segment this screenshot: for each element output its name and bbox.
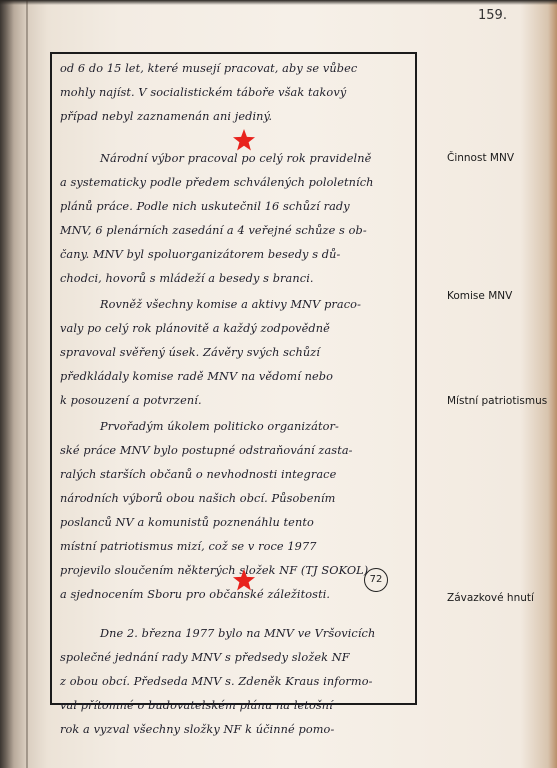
text-line: poslanců NV a komunistů poznenáhlu tento <box>60 516 314 529</box>
text-line: Národní výbor pracoval po celý rok pravi… <box>100 152 371 165</box>
text-line: ralých starších občanů o nevhodnosti int… <box>60 468 336 481</box>
circled-annotation: 72 <box>364 568 388 592</box>
text-line: z obou obcí. Předseda MNV s. Zdeněk Krau… <box>60 675 373 688</box>
text-line: spravoval svěřený úsek. Závěry svých sch… <box>60 346 320 359</box>
text-line: a systematicky podle předem schválených … <box>60 176 374 189</box>
margin-note: Činnost MNV <box>447 152 514 164</box>
text-line: Prvořadým úkolem politicko organizátor- <box>100 420 339 433</box>
text-line: ské práce MNV bylo postupné odstraňování… <box>60 444 353 457</box>
text-line: MNV, 6 plenárních zasedání a 4 veřejné s… <box>60 224 367 237</box>
notebook-page: 159. od 6 do 15 let, které musejí pracov… <box>0 0 557 768</box>
page-top-shadow <box>0 0 557 5</box>
text-line: mohly najíst. V socialistickém táboře vš… <box>60 86 346 99</box>
text-line: projevilo sloučením některých složek NF … <box>60 564 368 577</box>
text-line: případ nebyl zaznamenán ani jediný. <box>60 110 272 123</box>
text-line: od 6 do 15 let, které musejí pracovat, a… <box>60 62 357 75</box>
text-line: rok a vyzval všechny složky NF k účinné … <box>60 723 334 736</box>
text-line: a sjednocením Sboru pro občanské záležit… <box>60 588 330 601</box>
text-line: Rovněž všechny komise a aktivy MNV praco… <box>100 298 361 311</box>
text-line: chodci, hovorů s mládeží a besedy s bran… <box>60 272 314 285</box>
binding-spine <box>26 0 28 768</box>
text-line: valy po celý rok plánovitě a každý zodpo… <box>60 322 330 335</box>
text-line: plánů práce. Podle nich uskutečnil 16 sc… <box>60 200 350 213</box>
margin-note: Místní patriotismus <box>447 395 547 407</box>
margin-note: Závazkové hnutí <box>447 592 534 604</box>
text-line: předkládaly komise radě MNV na vědomí ne… <box>60 370 333 383</box>
margin-note: Komise MNV <box>447 290 512 302</box>
text-line: čany. MNV byl spoluorganizátorem besedy … <box>60 248 340 261</box>
text-line: k posouzení a potvrzení. <box>60 394 202 407</box>
red-star-icon <box>232 568 256 592</box>
text-line: společné jednání rady MNV s předsedy slo… <box>60 651 350 664</box>
text-line: Dne 2. března 1977 bylo na MNV ve Vršovi… <box>100 627 375 640</box>
text-line: národních výborů obou našich obcí. Působ… <box>60 492 335 505</box>
text-line: val přítomné o budovatelském plánu na le… <box>60 699 333 712</box>
page-number: 159. <box>478 8 507 23</box>
text-line: místní patriotismus mizí, což se v roce … <box>60 540 317 553</box>
red-star-icon <box>232 128 256 152</box>
